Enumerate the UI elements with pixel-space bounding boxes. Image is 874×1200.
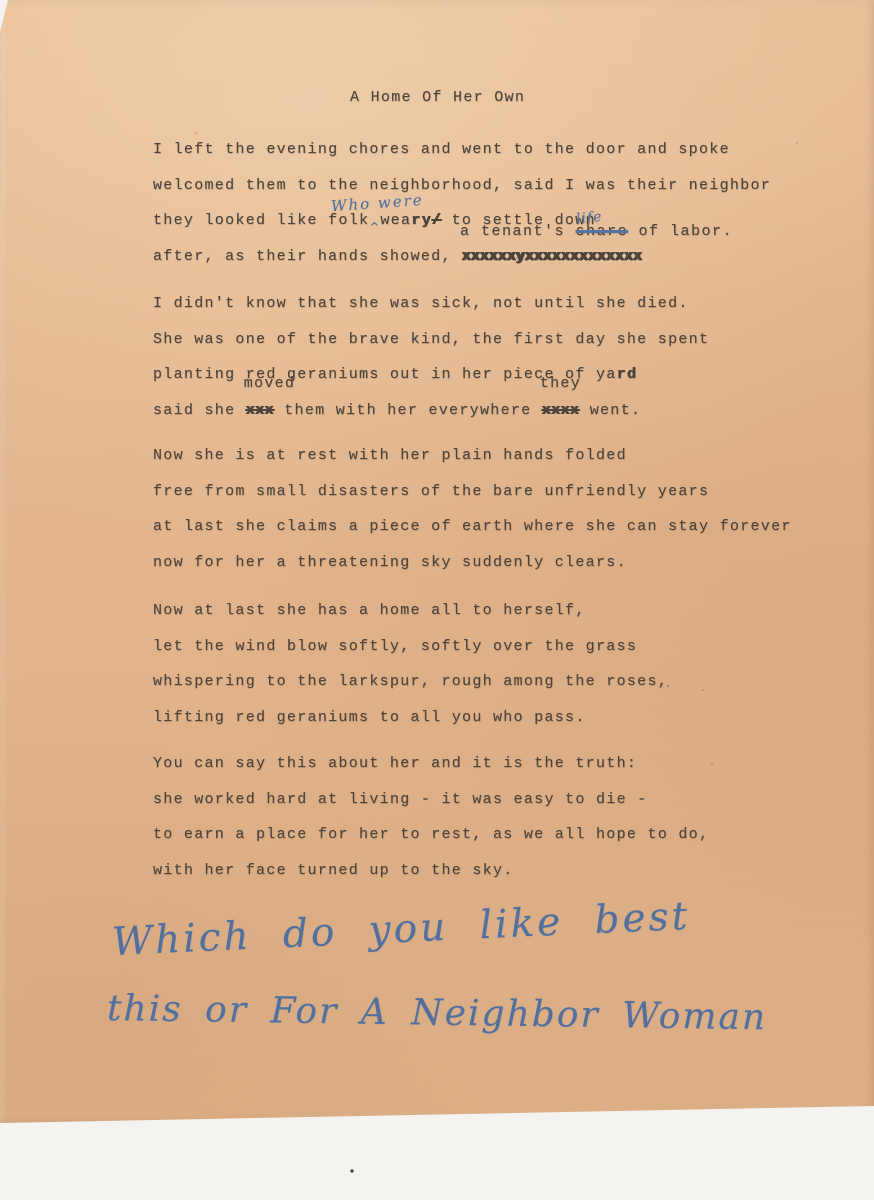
stanza-3: Now she is at rest with her plain hands …	[153, 438, 792, 580]
insertion-text: of labor.	[628, 223, 733, 240]
poem-line: said she xxxmoved them with her everywhe…	[153, 393, 709, 429]
poem-line: with her face turned up to the sky.	[153, 853, 709, 889]
poem-title: A Home Of Her Own	[350, 89, 525, 106]
poem-line: now for her a threatening sky suddenly c…	[153, 545, 792, 581]
line-text: them with her everywhere	[274, 402, 542, 419]
stanza-5: You can say this about her and it is the…	[153, 746, 709, 888]
poem-line: She was one of the brave kind, the first…	[153, 322, 709, 358]
line-text: whispering to the larkspur, rough among …	[153, 673, 668, 690]
line-text: now for her a threatening sky suddenly c…	[153, 554, 627, 571]
line-text: Now she is at rest with her plain hands …	[153, 447, 627, 464]
line-text: I didn't know that she was sick, not unt…	[153, 295, 689, 312]
line-text: she worked hard at living - it was easy …	[153, 791, 647, 808]
struck-word: xxxx	[542, 393, 580, 429]
poem-line: Now at last she has a home all to hersel…	[153, 593, 668, 629]
typewritten-manuscript-paper: A Home Of Her Own I left the evening cho…	[0, 0, 874, 1124]
handwritten-note-line-1: Which do you like best	[111, 894, 691, 965]
poem-line: to earn a place for her to rest, as we a…	[153, 817, 709, 853]
line-text: at last she claims a piece of earth wher…	[153, 518, 792, 535]
line-text: lifting red geraniums to all you who pas…	[153, 709, 586, 726]
line-text: said she	[153, 402, 246, 419]
poem-line: free from small disasters of the bare un…	[153, 474, 792, 510]
poem-line: she worked hard at living - it was easy …	[153, 782, 709, 818]
poem-line: planting red geraniums out in her piece …	[153, 357, 709, 393]
poem-line: let the wind blow softly, softly over th…	[153, 629, 668, 665]
handwritten-insertion-who-were: Who were	[330, 183, 425, 225]
struck-word: xxx	[246, 393, 274, 429]
poem-line: lifting red geraniums to all you who pas…	[153, 700, 668, 736]
line-text: after, as their hands showed,	[153, 248, 462, 265]
struck-character: /	[432, 203, 441, 239]
scanned-page-background: { "colors":{ "paper":"#e3b78f", "typed_i…	[0, 0, 874, 1200]
line-text: went.	[579, 402, 641, 419]
line-text: She was one of the brave kind, the first…	[153, 331, 709, 348]
line-text: I left the evening chores and went to th…	[153, 141, 730, 158]
poem-line: after, as their hands showed, xxxxxxyxxx…	[153, 239, 771, 275]
typed-insertion-tenant: a tenant's sharelife of labor.	[460, 223, 733, 240]
line-text: to earn a place for her to rest, as we a…	[153, 826, 709, 843]
line-text: let the wind blow softly, softly over th…	[153, 638, 637, 655]
handwritten-insertion-life: life	[575, 208, 603, 228]
poem-line: I didn't know that she was sick, not unt…	[153, 286, 709, 322]
poem-line: welcomed them to the neighborhood, said …	[153, 168, 771, 204]
line-text: You can say this about her and it is the…	[153, 755, 637, 772]
insertion-text: a tenant's	[460, 223, 576, 240]
poem-line: You can say this about her and it is the…	[153, 746, 709, 782]
x-overstrike-line: xxxxxxyxxxxxxxxxxxxx	[462, 239, 642, 275]
line-text: welcomed them to the neighborhood, said …	[153, 177, 771, 194]
line-text: Now at last she has a home all to hersel…	[153, 602, 586, 619]
handwritten-note-line-2: this or For A Neighbor Woman	[107, 988, 768, 1038]
poem-line: whispering to the larkspur, rough among …	[153, 664, 668, 700]
poem-line: at last she claims a piece of earth wher…	[153, 509, 792, 545]
overtyped-letters: rd	[617, 366, 638, 383]
typed-insertion-they: they	[540, 376, 581, 392]
typed-insertion-moved: moved	[244, 376, 296, 392]
line-text: free from small disasters of the bare un…	[153, 483, 709, 500]
stanza-4: Now at last she has a home all to hersel…	[153, 593, 668, 735]
stanza-2: I didn't know that she was sick, not unt…	[153, 286, 709, 428]
stanza-1: I left the evening chores and went to th…	[153, 132, 771, 274]
line-text: with her face turned up to the sky.	[153, 862, 514, 879]
poem-line: I left the evening chores and went to th…	[153, 132, 771, 168]
poem-line: Now she is at rest with her plain hands …	[153, 438, 792, 474]
